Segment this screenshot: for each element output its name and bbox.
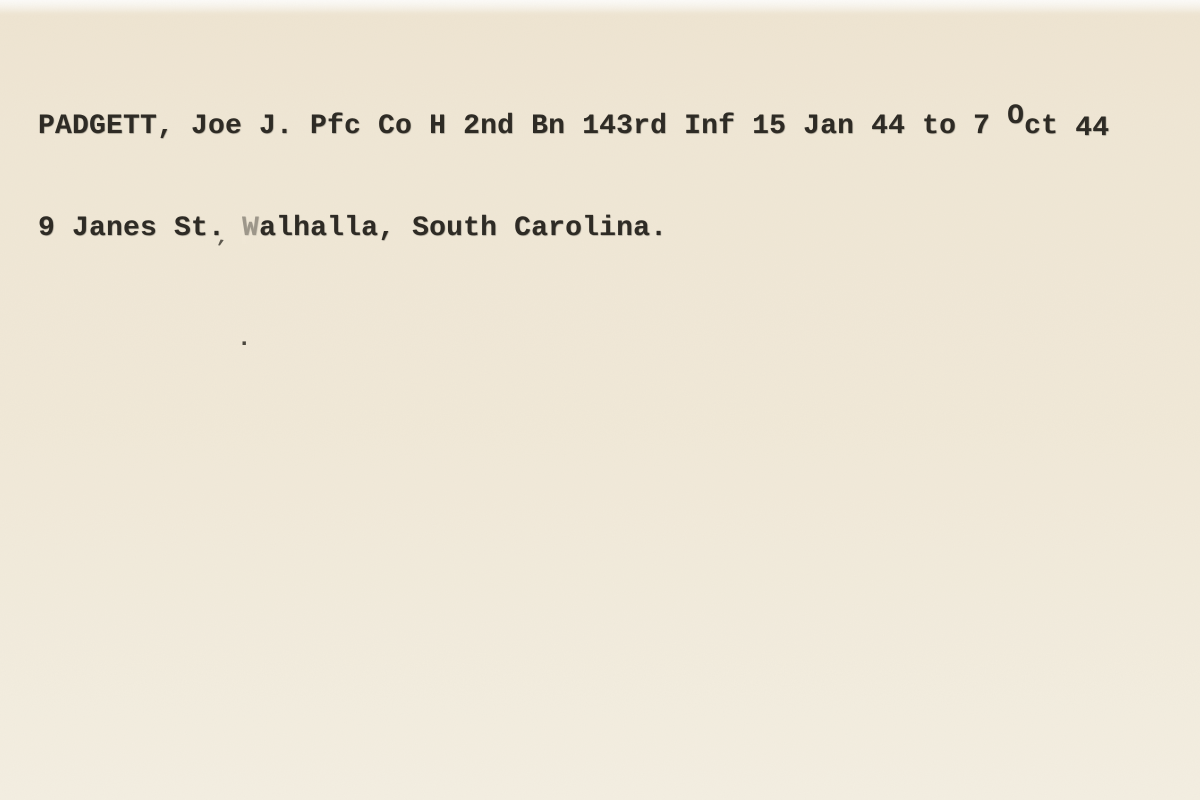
typed-line-2: 9 Janes St. Walhalla, South Carolina.: [38, 212, 1109, 246]
typed-text-block: PADGETT, Joe J. Pfc Co H 2nd Bn 143rd In…: [38, 42, 1109, 314]
stray-ink-dot: .: [237, 326, 251, 353]
line1-raised-letter: O: [1007, 101, 1024, 132]
scanned-index-card: PADGETT, Joe J. Pfc Co H 2nd Bn 143rd In…: [0, 0, 1200, 800]
line1-text: PADGETT, Joe J. Pfc Co H 2nd Bn 143rd In…: [38, 111, 1007, 142]
line2-faded-letter: W: [242, 213, 259, 244]
scan-top-edge: [0, 0, 1200, 13]
typed-line-1: PADGETT, Joe J. Pfc Co H 2nd Bn 143rd In…: [38, 110, 1109, 144]
line1-tail: 44: [1075, 113, 1109, 144]
line1-mid: ct: [1024, 111, 1075, 142]
line2-suffix: alhalla, South Carolina.: [259, 213, 667, 244]
line2-text: 9 Janes St.: [38, 213, 242, 244]
